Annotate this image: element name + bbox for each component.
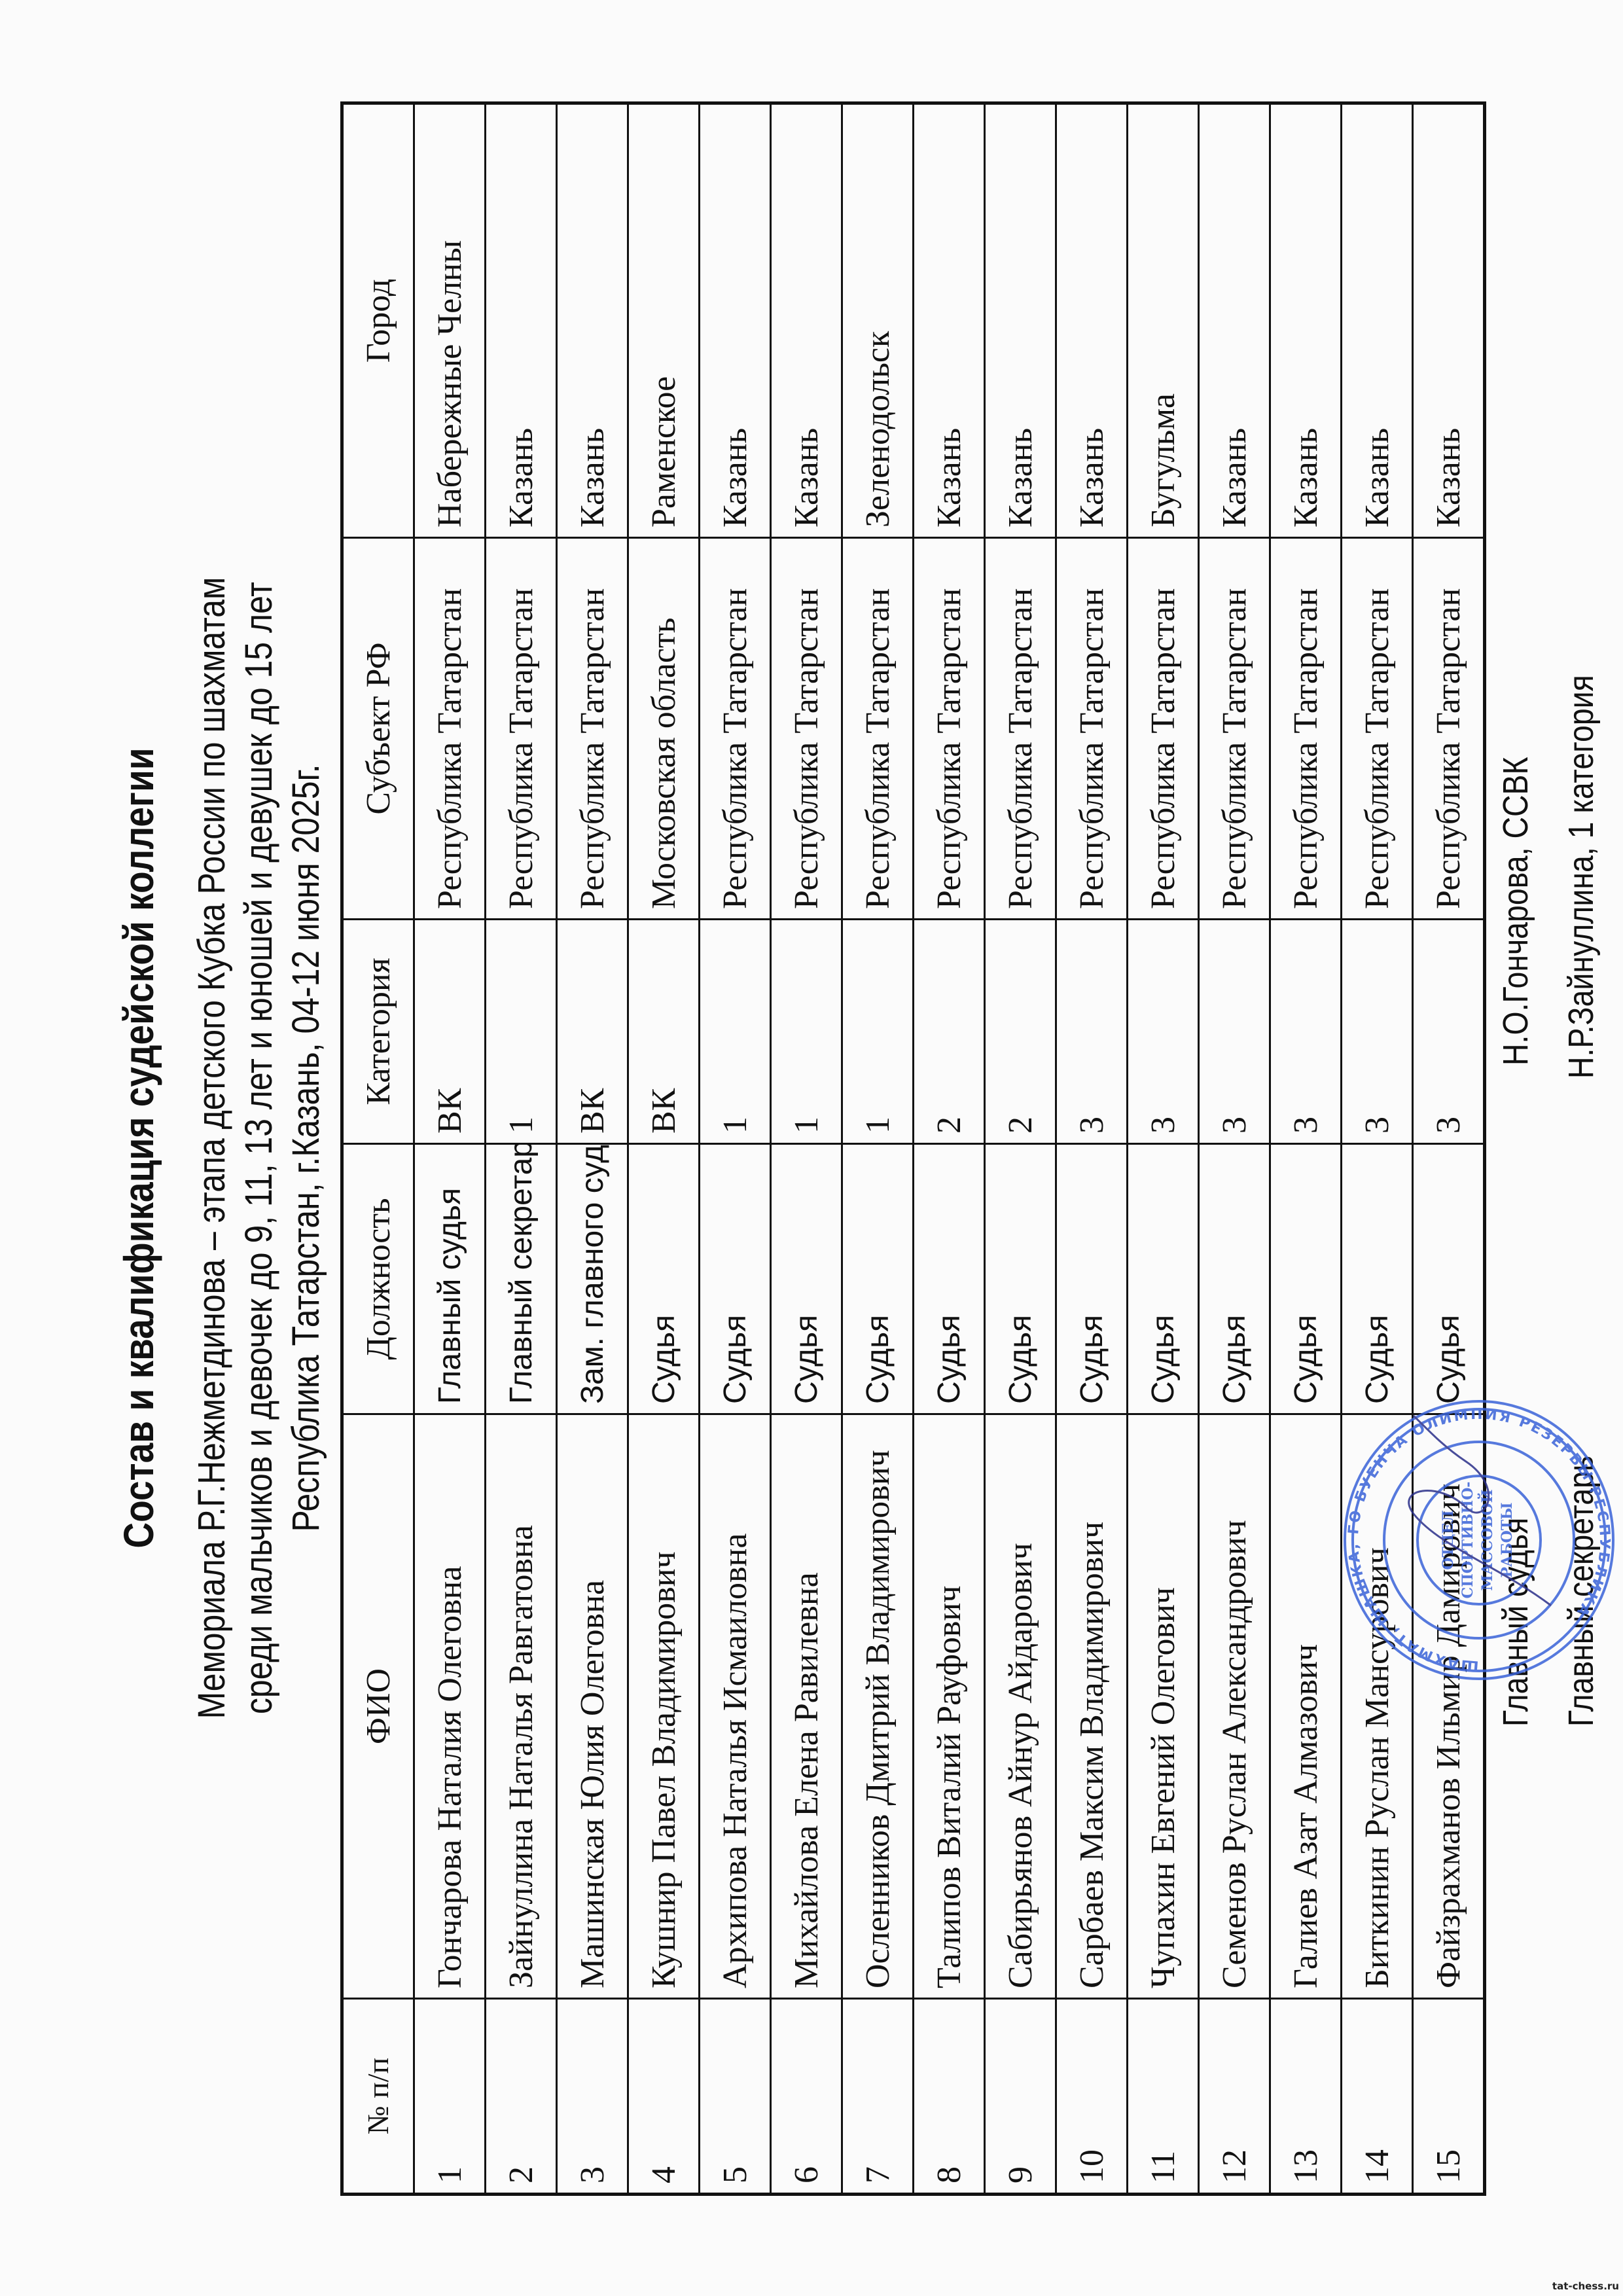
cell-name: Файзрахманов Ильмир Дамирович (1413, 1414, 1485, 1999)
cell-num: 12 (1199, 1999, 1270, 2195)
table-row: 13Галиев Азат АлмазовичСудья3Республика … (1270, 103, 1342, 2195)
subtitle-line-2: среди мальчиков и девочек до 9, 11, 13 л… (237, 161, 281, 2136)
cell-subject: Республика Татарстан (414, 538, 486, 920)
cell-city: Казань (1413, 103, 1485, 538)
cell-category: 3 (1199, 920, 1270, 1144)
cell-category: ВК (414, 920, 486, 1144)
watermark: tat-chess.ru (1552, 2280, 1619, 2292)
signature-name: Н.Р.Зайнуллина, 1 категория (1561, 675, 1601, 1079)
cell-category: 1 (771, 920, 842, 1144)
header-position: Должность (342, 1144, 414, 1414)
header-category: Категория (342, 920, 414, 1144)
cell-category: 2 (914, 920, 985, 1144)
cell-position: Судья (1342, 1144, 1413, 1414)
cell-num: 10 (1056, 1999, 1128, 2195)
subtitle-line-3: Республика Татарстан, г.Казань, 04-12 ию… (284, 161, 328, 2136)
table-row: 2Зайнуллина Наталья РавгатовнаГлавный се… (486, 103, 557, 2195)
cell-position: Судья (1056, 1144, 1128, 1414)
cell-city: Казань (1056, 103, 1128, 538)
cell-num: 15 (1413, 1999, 1485, 2195)
subtitle-line-1: Мемориала Р.Г.Нежметдинова – этапа детск… (190, 161, 234, 2136)
cell-num: 14 (1342, 1999, 1413, 2195)
cell-category: 3 (1413, 920, 1485, 1144)
cell-position: Судья (771, 1144, 842, 1414)
table-row: 4Кушнир Павел ВладимировичСудьяВКМосковс… (628, 103, 700, 2195)
signature-role: Главный секретарь (1561, 1456, 1601, 1727)
cell-name: Гончарова Наталия Олеговна (414, 1414, 486, 1999)
cell-subject: Республика Татарстан (557, 538, 628, 920)
cell-num: 7 (842, 1999, 914, 2195)
cell-name: Биткинин Руслан Мансурович (1342, 1414, 1413, 1999)
table-row: 11Чупахин Евгений ОлеговичСудья3Республи… (1128, 103, 1199, 2195)
signature-name: Н.О.Гончарова, ССВК (1495, 757, 1536, 1066)
cell-name: Семенов Руслан Александрович (1199, 1414, 1270, 1999)
cell-num: 6 (771, 1999, 842, 2195)
cell-name: Зайнуллина Наталья Равгатовна (486, 1414, 557, 1999)
cell-category: 1 (842, 920, 914, 1144)
cell-position: Судья (985, 1144, 1056, 1414)
table-row: 7Осленников Дмитрий ВладимировичСудья1Ре… (842, 103, 914, 2195)
cell-num: 5 (700, 1999, 771, 2195)
cell-name: Михайлова Елена Равилевна (771, 1414, 842, 1999)
cell-num: 11 (1128, 1999, 1199, 2195)
cell-num: 3 (557, 1999, 628, 2195)
cell-subject: Республика Татарстан (985, 538, 1056, 920)
cell-name: Сарбаев Максим Владимирович (1056, 1414, 1128, 1999)
cell-subject: Республика Татарстан (1270, 538, 1342, 920)
cell-num: 2 (486, 1999, 557, 2195)
cell-subject: Республика Татарстан (486, 538, 557, 920)
cell-subject: Республика Татарстан (1413, 538, 1485, 920)
cell-city: Зеленодольск (842, 103, 914, 538)
cell-position: Судья (842, 1144, 914, 1414)
cell-category: 3 (1342, 920, 1413, 1144)
cell-subject: Республика Татарстан (1128, 538, 1199, 920)
document-sheet: Состав и квалификация судейской коллегии… (0, 0, 1623, 2296)
cell-position: Судья (700, 1144, 771, 1414)
cell-city: Набережные Челны (414, 103, 486, 538)
header-num: № п/п (342, 1999, 414, 2195)
cell-city: Казань (486, 103, 557, 538)
cell-num: 8 (914, 1999, 985, 2195)
cell-category: ВК (628, 920, 700, 1144)
cell-category: 3 (1270, 920, 1342, 1144)
cell-category: 3 (1128, 920, 1199, 1144)
table-row: 15Файзрахманов Ильмир ДамировичСудья3Рес… (1413, 103, 1485, 2195)
cell-subject: Республика Татарстан (700, 538, 771, 920)
cell-subject: Республика Татарстан (842, 538, 914, 920)
cell-name: Галиев Азат Алмазович (1270, 1414, 1342, 1999)
cell-subject: Республика Татарстан (1199, 538, 1270, 920)
table-row: 12Семенов Руслан АлександровичСудья3Респ… (1199, 103, 1270, 2195)
header-city: Город (342, 103, 414, 538)
cell-city: Казань (914, 103, 985, 538)
cell-num: 13 (1270, 1999, 1342, 2195)
cell-position: Главный судья (414, 1144, 486, 1414)
cell-position: Судья (1128, 1144, 1199, 1414)
cell-position: Главный секретарь (486, 1144, 557, 1414)
table-row: 3Машинская Юлия ОлеговнаЗам. главного су… (557, 103, 628, 2195)
cell-num: 9 (985, 1999, 1056, 2195)
cell-city: Казань (1199, 103, 1270, 538)
cell-city: Бугульма (1128, 103, 1199, 538)
cell-name: Чупахин Евгений Олегович (1128, 1414, 1199, 1999)
cell-subject: Республика Татарстан (771, 538, 842, 920)
table-row: 9Сабирьянов Айнур АйдаровичСудья2Республ… (985, 103, 1056, 2195)
cell-city: Казань (771, 103, 842, 538)
cell-city: Казань (985, 103, 1056, 538)
cell-position: Судья (1199, 1144, 1270, 1414)
cell-name: Машинская Юлия Олеговна (557, 1414, 628, 1999)
cell-name: Сабирьянов Айнур Айдарович (985, 1414, 1056, 1999)
table-row: 10Сарбаев Максим ВладимировичСудья3Респу… (1056, 103, 1128, 2195)
header-name: ФИО (342, 1414, 414, 1999)
cell-subject: Республика Татарстан (1342, 538, 1413, 920)
cell-name: Кушнир Павел Владимирович (628, 1414, 700, 1999)
cell-position: Зам. главного судьи (557, 1144, 628, 1414)
cell-subject: Республика Татарстан (1056, 538, 1128, 920)
cell-num: 1 (414, 1999, 486, 2195)
cell-category: 3 (1056, 920, 1128, 1144)
table-row: 1Гончарова Наталия ОлеговнаГлавный судья… (414, 103, 486, 2195)
table-row: 8Талипов Виталий РауфовичСудья2Республик… (914, 103, 985, 2195)
cell-city: Раменское (628, 103, 700, 538)
cell-position: Судья (914, 1144, 985, 1414)
cell-category: 2 (985, 920, 1056, 1144)
signature-role: Главный судья (1495, 1518, 1536, 1727)
cell-city: Казань (557, 103, 628, 538)
cell-position: Судья (1270, 1144, 1342, 1414)
header-subject: Субъект РФ (342, 538, 414, 920)
cell-city: Казань (1270, 103, 1342, 538)
cell-city: Казань (1342, 103, 1413, 538)
table-header-row: № п/п ФИО Должность Категория Субъект РФ… (342, 103, 414, 2195)
document-title: Состав и квалификация судейской коллегии (115, 161, 163, 2136)
cell-name: Осленников Дмитрий Владимирович (842, 1414, 914, 1999)
cell-name: Талипов Виталий Рауфович (914, 1414, 985, 1999)
cell-category: 1 (700, 920, 771, 1144)
table-row: 5Архипова Наталья ИсмаиловнаСудья1Респуб… (700, 103, 771, 2195)
cell-subject: Московская область (628, 538, 700, 920)
cell-category: ВК (557, 920, 628, 1144)
cell-subject: Республика Татарстан (914, 538, 985, 920)
table-row: 6Михайлова Елена РавилевнаСудья1Республи… (771, 103, 842, 2195)
table-row: 14Биткинин Руслан МансуровичСудья3Респуб… (1342, 103, 1413, 2195)
judges-table: № п/п ФИО Должность Категория Субъект РФ… (340, 101, 1486, 2196)
cell-city: Казань (700, 103, 771, 538)
cell-position: Судья (628, 1144, 700, 1414)
cell-position: Судья (1413, 1144, 1485, 1414)
cell-category: 1 (486, 920, 557, 1144)
cell-name: Архипова Наталья Исмаиловна (700, 1414, 771, 1999)
cell-num: 4 (628, 1999, 700, 2195)
